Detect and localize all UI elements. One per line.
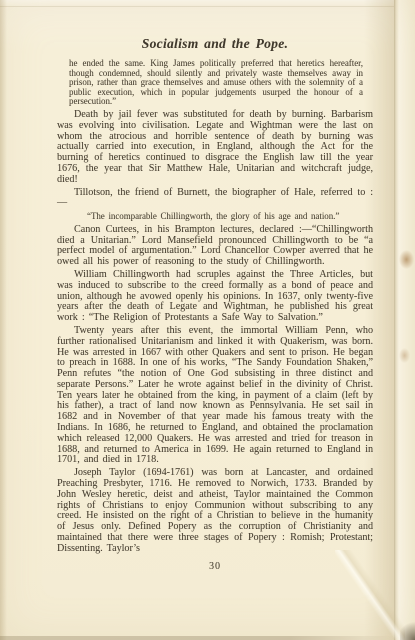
text-column: Socialism and the Pope. he ended the sam… <box>57 36 373 572</box>
paragraph-canon-curtees: Canon Curtees, in his Brampton lectures,… <box>57 225 373 268</box>
page-top-edge <box>0 0 415 7</box>
book-page-scan: Socialism and the Pope. he ended the sam… <box>0 0 415 640</box>
paper-stain-smudge <box>399 348 410 363</box>
blockquote-king-james: he ended the same. King James politicall… <box>69 59 363 107</box>
paragraph-joseph-taylor: Joseph Taylor (1694-1761) was born at La… <box>57 468 373 554</box>
paragraph-death-by-jail-fever: Death by jail fever was substituted for … <box>57 110 373 186</box>
paragraph-william-chillingworth: William Chillingworth had scruples again… <box>57 270 373 324</box>
blockquote-incomparable-chillingworth: “The incomparable Chillingworth, the glo… <box>69 212 363 222</box>
page-number: 30 <box>57 561 373 572</box>
paragraph-tillotson: Tillotson, the friend of Burnett, the bi… <box>57 188 373 210</box>
paper-stain-smudge <box>399 250 414 269</box>
paragraph-william-penn: Twenty years after this event, the immor… <box>57 326 373 466</box>
page-left-edge <box>0 0 7 640</box>
running-header-title: Socialism and the Pope. <box>57 36 373 52</box>
next-page-edge <box>394 0 415 640</box>
bottom-right-corner-shadow <box>400 622 415 640</box>
